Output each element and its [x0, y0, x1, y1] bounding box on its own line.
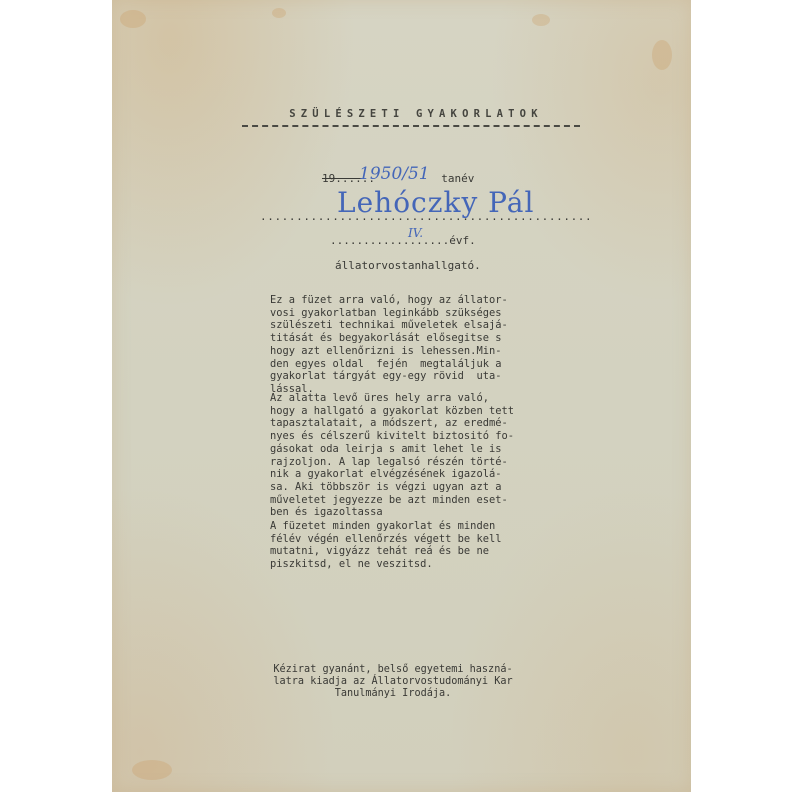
paper-stain [272, 8, 286, 18]
name-dotted-line: ........................................… [260, 210, 592, 223]
paper-stain [132, 760, 172, 780]
publisher-footer: Kézirat gyanánt, belső egyetemi haszná- … [224, 664, 562, 699]
student-label: állatorvostanhallgató. [335, 259, 481, 272]
paragraph-inspection: A füzetet minden gyakorlat és minden fél… [270, 520, 560, 571]
struck-year-prefix: 19.... [322, 172, 362, 185]
handwritten-academic-year: 1950/51 [359, 164, 430, 184]
course-dots: .................. [330, 234, 449, 247]
year-suffix: tanév [441, 172, 474, 185]
paragraph-purpose: Ez a füzet arra való, hogy az állator- v… [270, 294, 560, 396]
paper-stain [652, 40, 672, 70]
title-underline [242, 125, 580, 127]
course-year-line: ..................évf. [330, 234, 476, 247]
course-suffix: évf. [449, 234, 476, 247]
document-page: SZÜLÉSZETI GYAKORLATOK 19...... tanév 19… [112, 0, 691, 792]
paragraph-instructions: Az alatta levő üres hely arra való, hogy… [270, 392, 560, 519]
handwritten-course-year: IV. [408, 226, 423, 240]
document-title: SZÜLÉSZETI GYAKORLATOK [246, 108, 586, 120]
paper-stain [120, 10, 146, 28]
paper-stain [532, 14, 550, 26]
